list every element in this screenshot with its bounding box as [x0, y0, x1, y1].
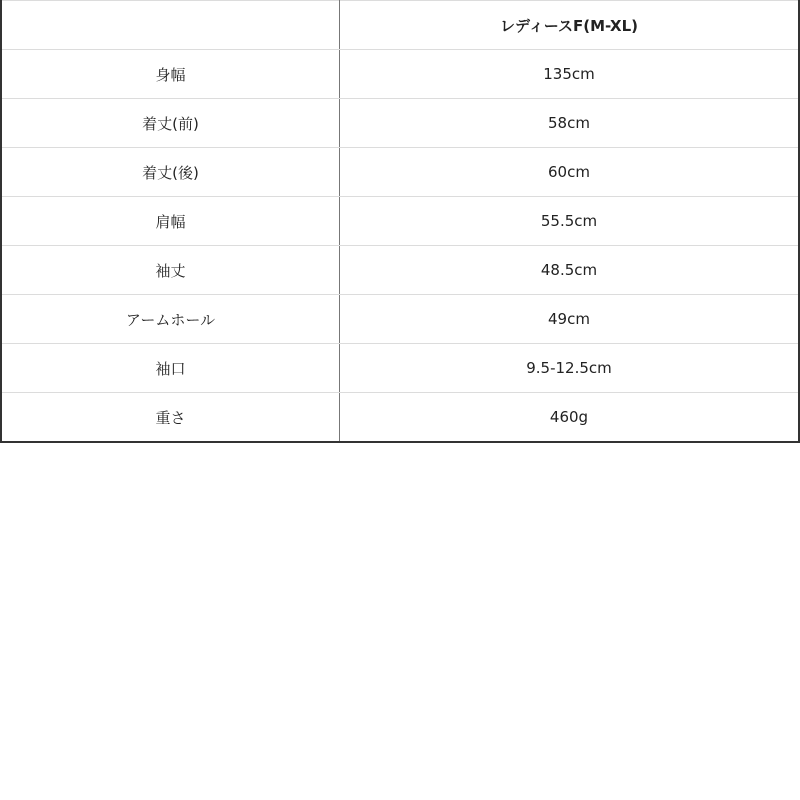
- table-header-row: レディースF(M-XL): [1, 1, 799, 50]
- row-label: 袖口: [1, 344, 340, 393]
- table-row: 肩幅 55.5cm: [1, 197, 799, 246]
- header-size-cell: レディースF(M-XL): [340, 1, 800, 50]
- row-value: 55.5cm: [340, 197, 800, 246]
- table-row: 身幅 135cm: [1, 50, 799, 99]
- row-value: 460g: [340, 393, 800, 443]
- header-label-cell: [1, 1, 340, 50]
- table-row: 重さ 460g: [1, 393, 799, 443]
- table-row: 袖丈 48.5cm: [1, 246, 799, 295]
- table-row: 着丈(前) 58cm: [1, 99, 799, 148]
- table-row: 着丈(後) 60cm: [1, 148, 799, 197]
- row-value: 135cm: [340, 50, 800, 99]
- row-label: 袖丈: [1, 246, 340, 295]
- row-value: 49cm: [340, 295, 800, 344]
- row-label: 着丈(前): [1, 99, 340, 148]
- size-chart-table: レディースF(M-XL) 身幅 135cm 着丈(前) 58cm 着丈(後) 6…: [0, 0, 800, 443]
- row-label: 身幅: [1, 50, 340, 99]
- row-value: 48.5cm: [340, 246, 800, 295]
- row-label: 肩幅: [1, 197, 340, 246]
- row-value: 58cm: [340, 99, 800, 148]
- row-label: アームホール: [1, 295, 340, 344]
- row-label: 着丈(後): [1, 148, 340, 197]
- row-value: 60cm: [340, 148, 800, 197]
- table-row: アームホール 49cm: [1, 295, 799, 344]
- row-value: 9.5-12.5cm: [340, 344, 800, 393]
- row-label: 重さ: [1, 393, 340, 443]
- table-row: 袖口 9.5-12.5cm: [1, 344, 799, 393]
